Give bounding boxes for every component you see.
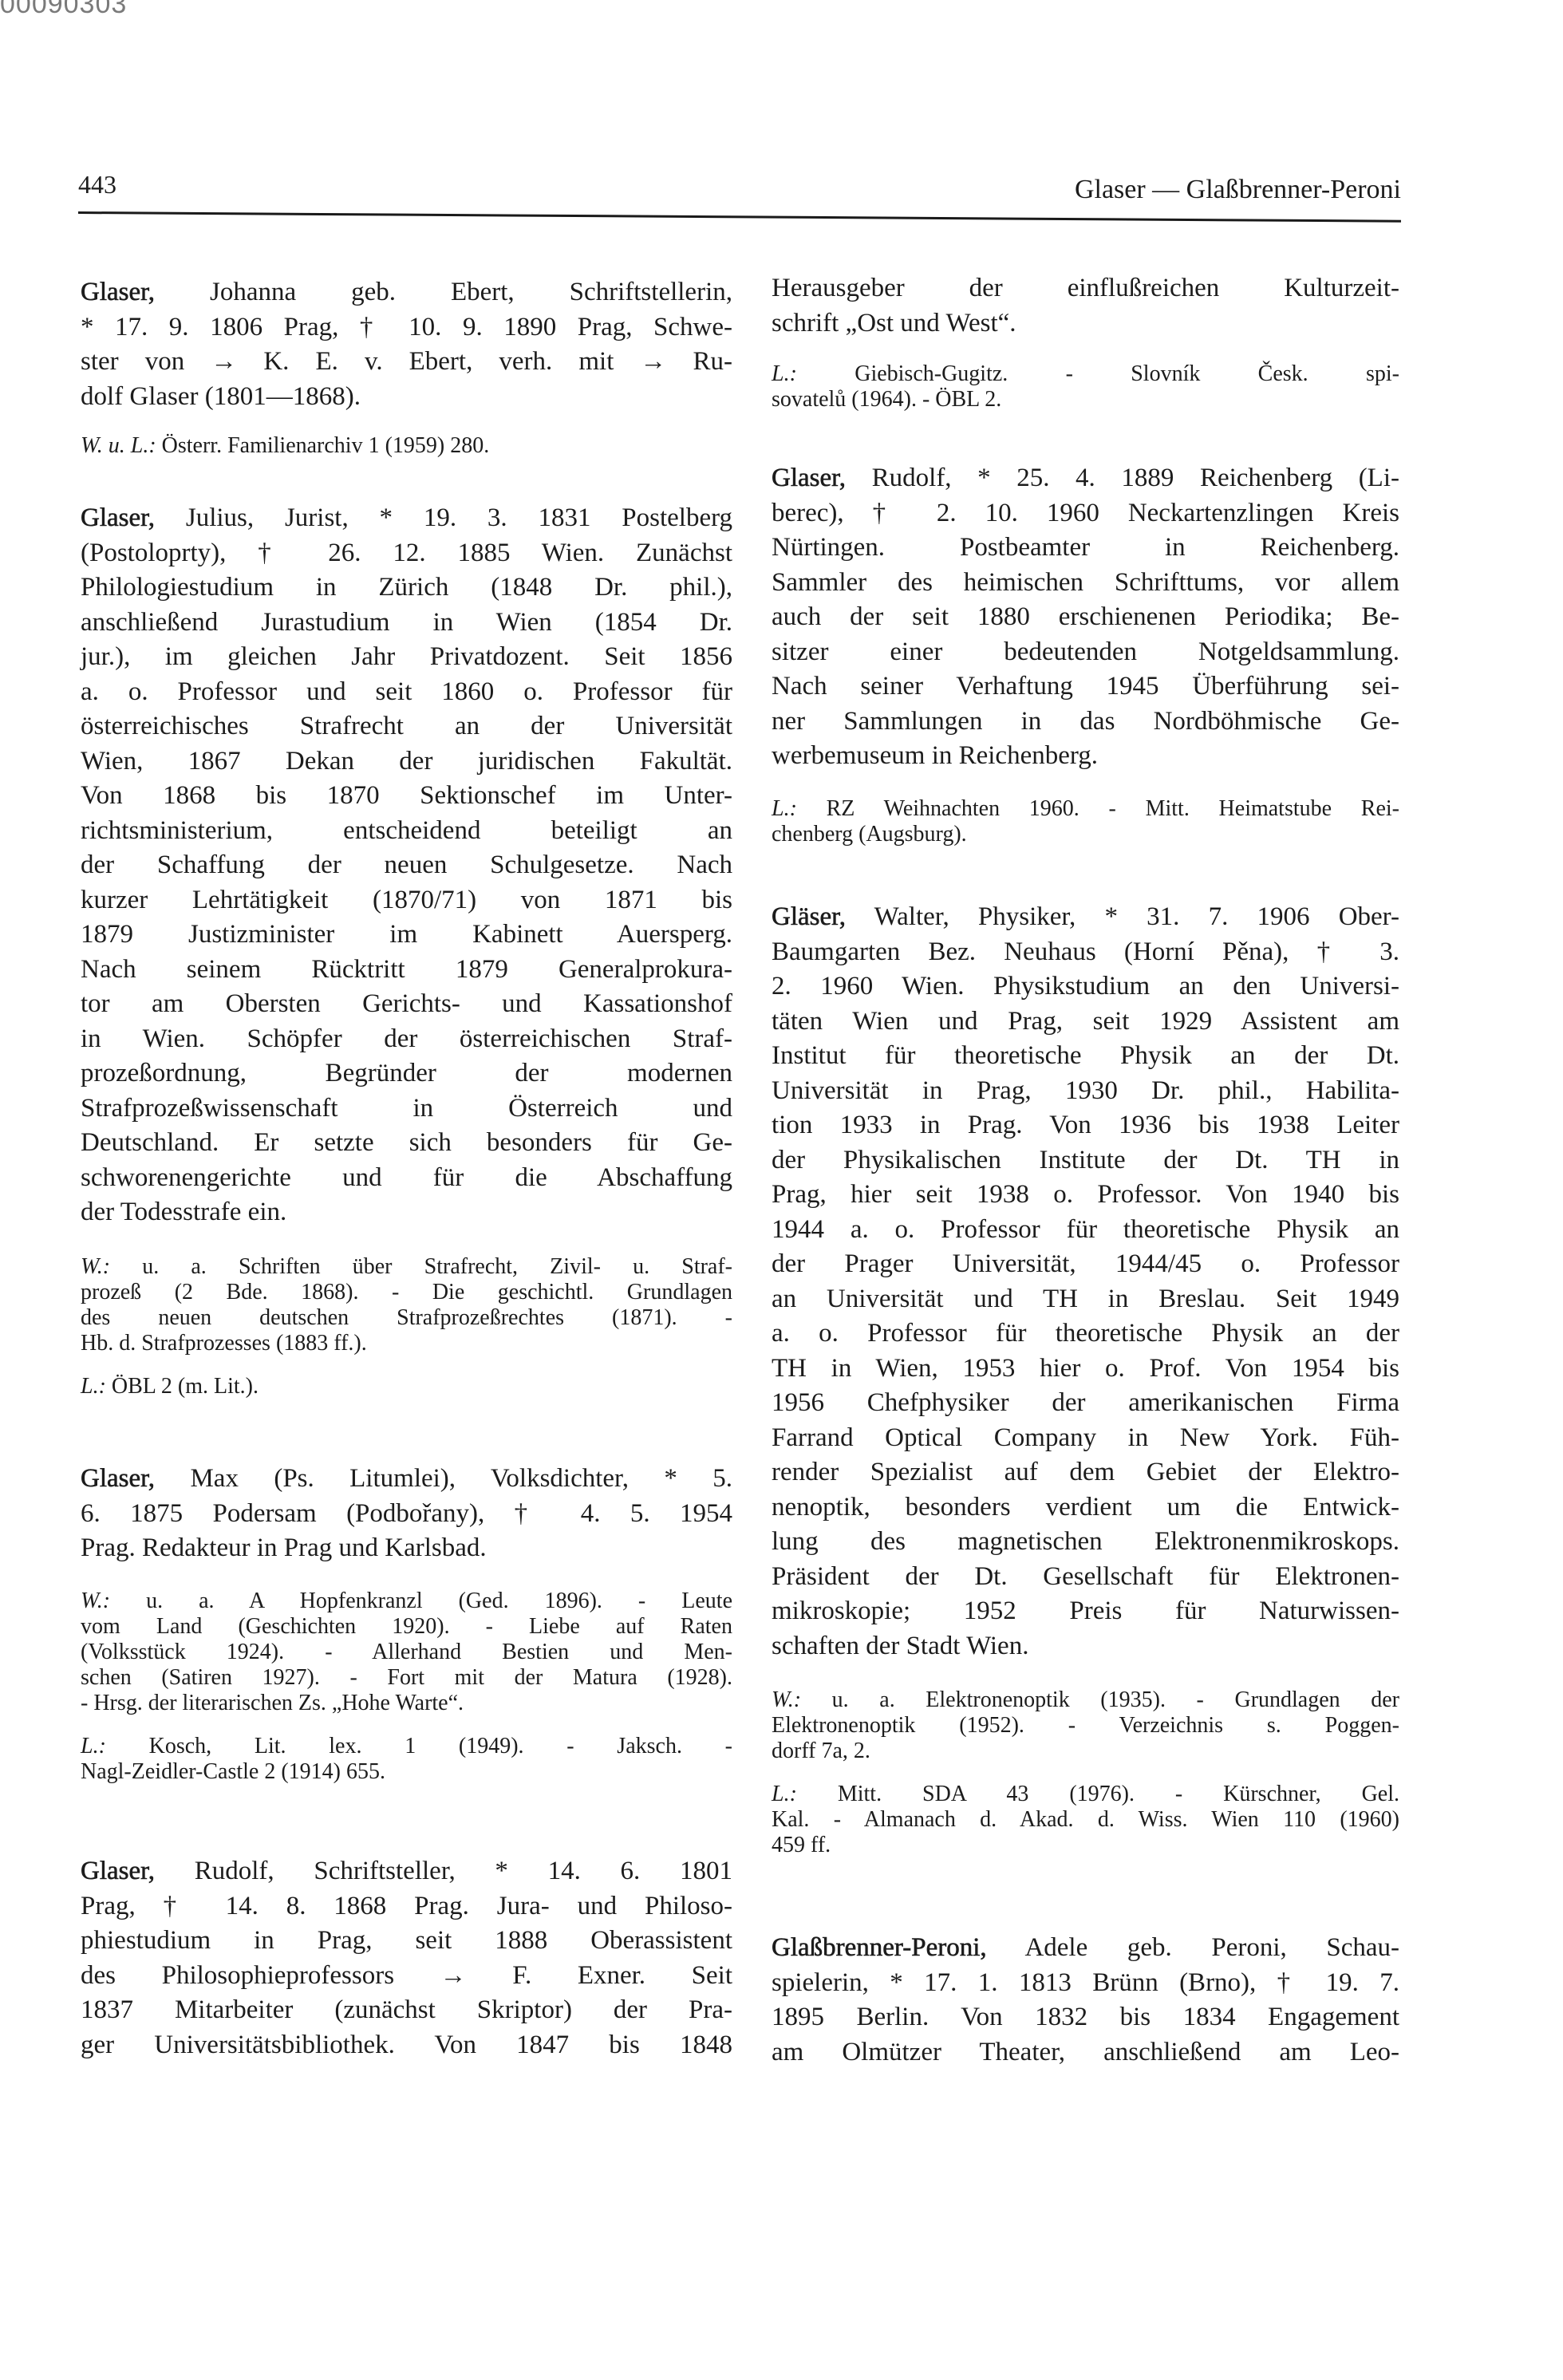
entry-line: werbemuseum in Reichenberg. <box>772 739 1399 774</box>
entry-line: ster von → K. E. v. Ebert, verh. mit → R… <box>81 345 732 380</box>
note-label: W.: <box>81 1254 110 1279</box>
running-header: 443 Glaser — Glaßbrenner-Peroni <box>78 164 1401 203</box>
entry-line: tor am Obersten Gerichts- und Kassations… <box>81 987 732 1022</box>
note-label: W.: <box>81 1589 110 1613</box>
note-label: L.: <box>772 361 797 386</box>
entry-line: Herausgeber der einflußreichen Kulturzei… <box>772 271 1399 306</box>
page-number: 443 <box>78 170 116 199</box>
entry-lemma: Glaser, <box>772 464 846 492</box>
entry-glaser-johanna: Glaser, Johanna geb. Ebert, Schriftstell… <box>81 275 732 459</box>
entry-line: Universität in Prag, 1930 Dr. phil., Hab… <box>772 1074 1399 1109</box>
entry-line: richtsministerium, entscheidend beteilig… <box>81 814 732 849</box>
entry-line: Prag, † 14. 8. 1868 Prag. Jura- und Phil… <box>81 1889 732 1924</box>
entry-line: schworenengerichte und für die Abschaffu… <box>81 1161 732 1196</box>
note-line: L.: Kosch, Lit. lex. 1 (1949). - Jaksch.… <box>81 1734 732 1759</box>
entry-line: Glaßbrenner-Peroni, Adele geb. Peroni, S… <box>772 1931 1399 1966</box>
note-line: - Hrsg. der literarischen Zs. „Hohe Wart… <box>81 1691 732 1716</box>
entry-line: der Physikalischen Institute der Dt. TH … <box>772 1143 1399 1178</box>
entry-line: TH in Wien, 1953 hier o. Prof. Von 1954 … <box>772 1352 1399 1387</box>
note-line: W.: u. a. Schriften über Strafrecht, Ziv… <box>81 1254 732 1280</box>
entry-line: Baumgarten Bez. Neuhaus (Horní Pěna), † … <box>772 935 1399 970</box>
entry-line: täten Wien und Prag, seit 1929 Assistent… <box>772 1004 1399 1040</box>
entry-line: 6. 1875 Podersam (Podbořany), † 4. 5. 19… <box>81 1497 732 1532</box>
note-line: Kal. - Almanach d. Akad. d. Wiss. Wien 1… <box>772 1807 1399 1833</box>
entry-lemma: Glaser, <box>81 1857 155 1885</box>
entry-line: der Schaffung der neuen Schulgesetze. Na… <box>81 848 732 883</box>
note-line: sovatelů (1964). - ÖBL 2. <box>772 387 1399 412</box>
note-line: (Volksstück 1924). - Allerhand Bestien u… <box>81 1640 732 1665</box>
entry-line: a. o. Professor für theoretische Physik … <box>772 1316 1399 1352</box>
entry-line: Glaser, Max (Ps. Litumlei), Volksdichter… <box>81 1462 732 1497</box>
header-rule <box>78 211 1401 223</box>
entry-line: Prag. Redakteur in Prag und Karlsbad. <box>81 1531 732 1566</box>
entry-line: Glaser, Julius, Jurist, * 19. 3. 1831 Po… <box>81 501 732 536</box>
entry-line: kurzer Lehrtätigkeit (1870/71) von 1871 … <box>81 883 732 918</box>
entry-line: Strafprozeßwissenschaft in Österreich un… <box>81 1091 732 1127</box>
entry-line: des Philosophieprofessors → F. Exner. Se… <box>81 1959 732 1994</box>
note-line: L.: Mitt. SDA 43 (1976). - Kürschner, Ge… <box>772 1782 1399 1807</box>
entry-line: ger Universitätsbibliothek. Von 1847 bis… <box>81 2028 732 2063</box>
note-line: des neuen deutschen Strafprozeßrechtes (… <box>81 1305 732 1331</box>
entry-glaser-rudolf-1889: Glaser, Rudolf, * 25. 4. 1889 Reichenber… <box>772 461 1399 847</box>
entry-line: an Universität und TH in Breslau. Seit 1… <box>772 1282 1399 1317</box>
entry-line: sitzer einer bedeutenden Notgeldsammlung… <box>772 635 1399 670</box>
running-title: Glaser — Glaßbrenner-Peroni <box>1075 175 1401 205</box>
entry-line: * 17. 9. 1806 Prag, † 10. 9. 1890 Prag, … <box>81 310 732 345</box>
entry-line: jur.), im gleichen Jahr Privatdozent. Se… <box>81 640 732 675</box>
entry-line: Gläser, Walter, Physiker, * 31. 7. 1906 … <box>772 900 1399 935</box>
entry-line: Nürtingen. Postbeamter in Reichenberg. <box>772 531 1399 566</box>
entry-lemma: Glaser, <box>81 1464 155 1493</box>
note-label: L.: <box>772 1782 797 1806</box>
entry-lemma: Glaser, <box>81 503 155 532</box>
note-line: W.: u. a. A Hopfenkranzl (Ged. 1896). - … <box>81 1589 732 1614</box>
scan-id-stamp: 00090303 <box>0 0 127 20</box>
entry-line: ner Sammlungen in das Nordböhmische Ge- <box>772 705 1399 740</box>
entry-line: 2. 1960 Wien. Physikstudium an den Unive… <box>772 969 1399 1004</box>
entry-line: anschließend Jurastudium in Wien (1854 D… <box>81 606 732 641</box>
entry-line: 1895 Berlin. Von 1832 bis 1834 Engagemen… <box>772 2000 1399 2035</box>
entry-line: Glaser, Rudolf, * 25. 4. 1889 Reichenber… <box>772 461 1399 496</box>
entry-line: Philologiestudium in Zürich (1848 Dr. ph… <box>81 570 732 606</box>
entry-glaser-max: Glaser, Max (Ps. Litumlei), Volksdichter… <box>81 1462 732 1785</box>
entry-line: render Spezialist auf dem Gebiet der Ele… <box>772 1455 1399 1490</box>
entry-line: Nach seinem Rücktritt 1879 Generalprokur… <box>81 953 732 988</box>
entry-line: spielerin, * 17. 1. 1813 Brünn (Brno), †… <box>772 1966 1399 2001</box>
note-line: Nagl-Zeidler-Castle 2 (1914) 655. <box>81 1759 732 1785</box>
entry-line: Deutschland. Er setzte sich besonders fü… <box>81 1126 732 1161</box>
note-line: schen (Satiren 1927). - Fort mit der Mat… <box>81 1665 732 1691</box>
entry-line: Glaser, Rudolf, Schriftsteller, * 14. 6.… <box>81 1854 732 1889</box>
entry-line: schaften der Stadt Wien. <box>772 1629 1399 1664</box>
note-line: 459 ff. <box>772 1833 1399 1858</box>
entry-line: der Prager Universität, 1944/45 o. Profe… <box>772 1247 1399 1282</box>
note-line: chenberg (Augsburg). <box>772 822 1399 847</box>
entry-glaser-julius: Glaser, Julius, Jurist, * 19. 3. 1831 Po… <box>81 501 732 1399</box>
entry-line: Wien, 1867 Dekan der juridischen Fakultä… <box>81 744 732 780</box>
note-line: Elektronenoptik (1952). - Verzeichnis s.… <box>772 1713 1399 1739</box>
entry-line: österreichisches Strafrecht an der Unive… <box>81 709 732 744</box>
entry-line: in Wien. Schöpfer der österreichischen S… <box>81 1022 732 1057</box>
note-label: W.: <box>772 1687 801 1712</box>
entry-glassbrenner-peroni: Glaßbrenner-Peroni, Adele geb. Peroni, S… <box>772 1931 1399 2070</box>
note-line: L.: RZ Weihnachten 1960. - Mitt. Heimats… <box>772 796 1399 822</box>
entry-line: auch der seit 1880 erschienenen Periodik… <box>772 600 1399 635</box>
entry-line: (Postoloprty), † 26. 12. 1885 Wien. Zunä… <box>81 536 732 571</box>
entry-line: 1879 Justizminister im Kabinett Auersper… <box>81 918 732 953</box>
entry-line: Glaser, Johanna geb. Ebert, Schriftstell… <box>81 275 732 310</box>
note-line: prozeß (2 Bde. 1868). - Die geschichtl. … <box>81 1280 732 1305</box>
note-line: W. u. L.: Österr. Familienarchiv 1 (1959… <box>81 433 732 459</box>
entry-line: Nach seiner Verhaftung 1945 Überführung … <box>772 669 1399 705</box>
entry-glaser-rudolf-1801: Glaser, Rudolf, Schriftsteller, * 14. 6.… <box>81 1854 732 2062</box>
entry-line: tion 1933 in Prag. Von 1936 bis 1938 Lei… <box>772 1108 1399 1143</box>
entry-line: berec), † 2. 10. 1960 Neckartenzlingen K… <box>772 496 1399 531</box>
note-line: dorff 7a, 2. <box>772 1739 1399 1764</box>
entry-line: der Todesstrafe ein. <box>81 1195 732 1230</box>
entry-line: schrift „Ost und West“. <box>772 306 1399 341</box>
note-label: W. u. L.: <box>81 433 156 458</box>
note-line: Hb. d. Strafprozesses (1883 ff.). <box>81 1331 732 1356</box>
entry-line: am Olmützer Theater, anschließend am Leo… <box>772 2035 1399 2070</box>
entry-line: Farrand Optical Company in New York. Füh… <box>772 1421 1399 1456</box>
entry-line: Institut für theoretische Physik an der … <box>772 1039 1399 1074</box>
entry-line: dolf Glaser (1801—1868). <box>81 380 732 415</box>
entry-line: Präsident der Dt. Gesellschaft für Elekt… <box>772 1560 1399 1595</box>
entry-line: a. o. Professor und seit 1860 o. Profess… <box>81 675 732 710</box>
note-label: L.: <box>81 1734 106 1758</box>
entry-line: lung des magnetischen Elektronenmikrosko… <box>772 1525 1399 1560</box>
note-line: vom Land (Geschichten 1920). - Liebe auf… <box>81 1614 732 1640</box>
entry-line: phiestudium in Prag, seit 1888 Oberassis… <box>81 1924 732 1959</box>
entry-glaeser-walter: Gläser, Walter, Physiker, * 31. 7. 1906 … <box>772 900 1399 1858</box>
note-line: L.: ÖBL 2 (m. Lit.). <box>81 1374 732 1399</box>
note-label: L.: <box>81 1374 106 1399</box>
note-line: W.: u. a. Elektronenoptik (1935). - Grun… <box>772 1687 1399 1713</box>
entry-line: Von 1868 bis 1870 Sektionschef im Unter- <box>81 779 732 814</box>
entry-line: Sammler des heimischen Schrifttums, vor … <box>772 566 1399 601</box>
entry-lemma: Gläser, <box>772 902 846 931</box>
note-line: L.: Giebisch-Gugitz. - Slovník Česk. spi… <box>772 361 1399 387</box>
entry-line: prozeßordnung, Begründer der modernen <box>81 1056 732 1091</box>
entry-lemma: Glaßbrenner-Peroni, <box>772 1933 987 1962</box>
entry-line: 1956 Chefphysiker der amerikanischen Fir… <box>772 1386 1399 1421</box>
entry-line: Prag, hier seit 1938 o. Professor. Von 1… <box>772 1178 1399 1213</box>
entry-lemma: Glaser, <box>81 278 155 306</box>
note-label: L.: <box>772 796 797 821</box>
entry-line: 1837 Mitarbeiter (zunächst Skriptor) der… <box>81 1993 732 2028</box>
entry-line: 1944 a. o. Professor für theoretische Ph… <box>772 1213 1399 1248</box>
entry-continuation: Herausgeber der einflußreichen Kulturzei… <box>772 271 1399 412</box>
entry-line: nenoptik, besonders verdient um die Entw… <box>772 1490 1399 1525</box>
entry-line: mikroskopie; 1952 Preis für Naturwissen- <box>772 1594 1399 1629</box>
